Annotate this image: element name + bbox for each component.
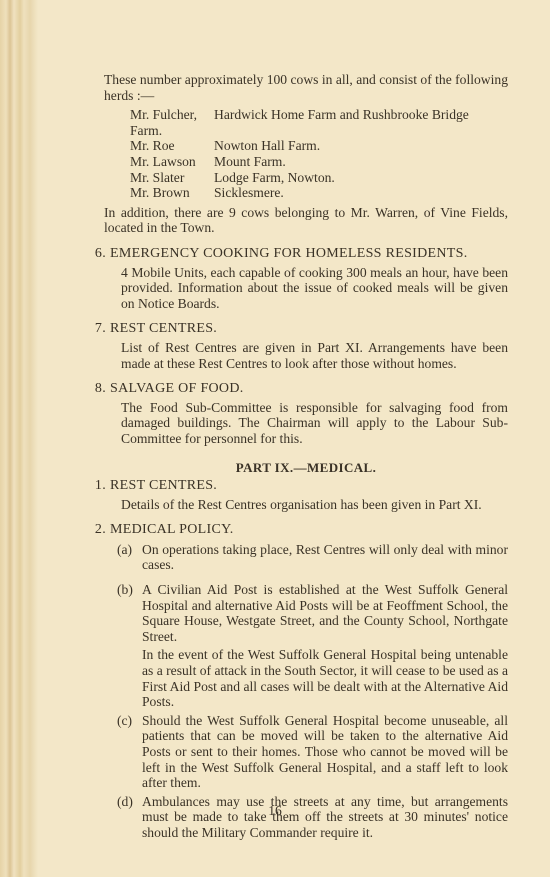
section-title: EMERGENCY COOKING FOR HOMELESS RESIDENTS… [110, 246, 468, 262]
medical-section-1: 1.REST CENTRES. Details of the Rest Cent… [104, 478, 508, 512]
medical-section-2: 2.MEDICAL POLICY. (a) On operations taki… [104, 522, 508, 840]
section-title: REST CENTRES. [110, 321, 217, 337]
herd-row: Mr. Brown Sicklesmere. [130, 185, 508, 201]
sub-item-b: (b) A Civilian Aid Post is established a… [121, 582, 508, 710]
intro-paragraph: These number approximately 100 cows in a… [104, 72, 508, 103]
part-heading: PART IX.—MEDICAL. [104, 460, 508, 476]
section-6: 6.EMERGENCY COOKING FOR HOMELESS RESIDEN… [104, 246, 508, 311]
herd-row-continuation: Farm. [130, 123, 508, 139]
sub-item-c: (c) Should the West Suffolk General Hosp… [121, 713, 508, 791]
section-7: 7.REST CENTRES. List of Rest Centres are… [104, 321, 508, 371]
herd-row: Mr. Slater Lodge Farm, Nowton. [130, 170, 508, 186]
herd-row: Mr. Fulcher, Hardwick Home Farm and Rush… [130, 107, 508, 123]
section-title: SALVAGE OF FOOD. [110, 381, 244, 397]
herd-list: Mr. Fulcher, Hardwick Home Farm and Rush… [130, 107, 508, 201]
addition-paragraph: In addition, there are 9 cows belonging … [104, 205, 508, 236]
herd-row: Mr. Roe Nowton Hall Farm. [130, 138, 508, 154]
page-binding-edge [0, 0, 38, 877]
section-title: REST CENTRES. [110, 478, 217, 494]
page-number: 16 [0, 803, 550, 819]
sub-item-a: (a) On operations taking place, Rest Cen… [121, 542, 508, 573]
document-page: These number approximately 100 cows in a… [104, 72, 508, 841]
section-8: 8.SALVAGE OF FOOD. The Food Sub-Committe… [104, 381, 508, 446]
section-title: MEDICAL POLICY. [110, 522, 234, 538]
herd-row: Mr. Lawson Mount Farm. [130, 154, 508, 170]
